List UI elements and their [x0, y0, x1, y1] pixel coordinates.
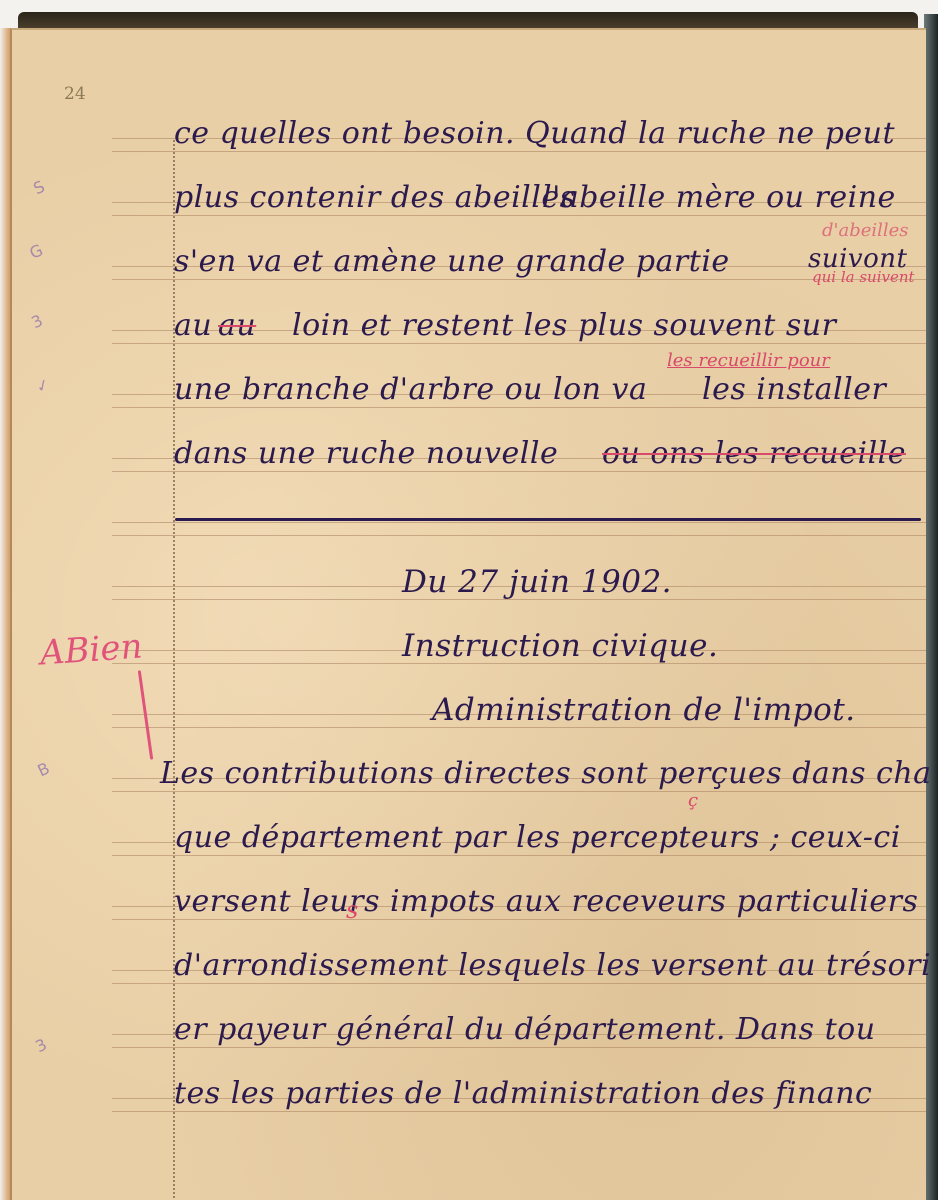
ruled-line	[112, 407, 926, 408]
section-divider-line	[175, 518, 921, 521]
text-line-6a: dans une ruche nouvelle	[174, 436, 558, 471]
correction-qui-la-suivent: qui la suivent	[812, 268, 915, 286]
body-line-4: d'arrondissement lesquels les versent au…	[174, 948, 931, 983]
body-line-2: que département par les percepteurs ; ce…	[174, 820, 901, 855]
notebook-right-edge	[924, 14, 938, 1200]
body-line-5: er payeur général du département. Dans t…	[174, 1012, 876, 1047]
text-line-4b-struck: au	[218, 308, 256, 343]
lesson-date: Du 27 juin 1902.	[402, 564, 672, 600]
ruled-line	[112, 855, 926, 856]
ruled-line	[112, 471, 926, 472]
text-line-2b: l'abeille mère ou reine	[542, 180, 896, 215]
ruled-line	[112, 1047, 926, 1048]
margin-stamp-mark: ✓	[33, 374, 53, 397]
text-line-2a: plus contenir des abeilles	[174, 180, 576, 215]
ruled-line	[112, 279, 926, 280]
text-line-4a: au	[174, 308, 212, 343]
ruled-line	[112, 522, 926, 523]
margin-stamp-mark: 3	[28, 311, 45, 333]
teacher-signature: ABien	[39, 626, 144, 673]
lesson-subject: Instruction civique.	[402, 628, 718, 664]
body-line-3: versent leurs impots aux receveurs parti…	[174, 884, 918, 919]
ruled-line	[112, 983, 926, 984]
margin-stamp-mark: G	[27, 240, 46, 262]
teacher-signature-flourish	[138, 670, 153, 760]
text-line-3a: s'en va et amène une grande partie	[174, 244, 730, 279]
margin-stamp-mark: B	[34, 759, 52, 781]
ruled-line	[112, 919, 926, 920]
margin-stamp-mark: 3	[32, 1035, 49, 1057]
ruled-line	[112, 343, 926, 344]
text-line-6b-struck: ou ons les recueille	[602, 436, 906, 471]
margin-stamp-mark: S	[30, 177, 47, 199]
body-line-6: tes les parties de l'administration des …	[174, 1076, 872, 1111]
text-line-4c: loin et restent les plus souvent sur	[292, 308, 836, 343]
page-number: 24	[64, 84, 86, 104]
correction-dabeilles: d'abeilles	[822, 220, 909, 241]
text-line-5b: les installer	[702, 372, 886, 407]
text-line-1: ce quelles ont besoin. Quand la ruche ne…	[174, 116, 895, 151]
notebook-top-edge	[18, 12, 918, 28]
correction-les-recueillir-pour: les recueillir pour	[667, 350, 830, 371]
lesson-title: Administration de l'impot.	[432, 692, 856, 728]
ruled-line	[112, 535, 926, 536]
ruled-line	[112, 1111, 926, 1112]
ruled-line	[112, 791, 926, 792]
ruled-line	[112, 215, 926, 216]
text-line-5a: une branche d'arbre ou lon va	[174, 372, 647, 407]
notebook-page: 24 S G 3 ✓ B 3 ce quelles ont besoin. Qu…	[10, 28, 926, 1200]
ruled-line	[112, 151, 926, 152]
body-line-1: Les contributions directes sont perçues …	[160, 756, 932, 791]
correction-cedilla: ç	[688, 790, 698, 811]
correction-leurs: s	[346, 896, 358, 924]
